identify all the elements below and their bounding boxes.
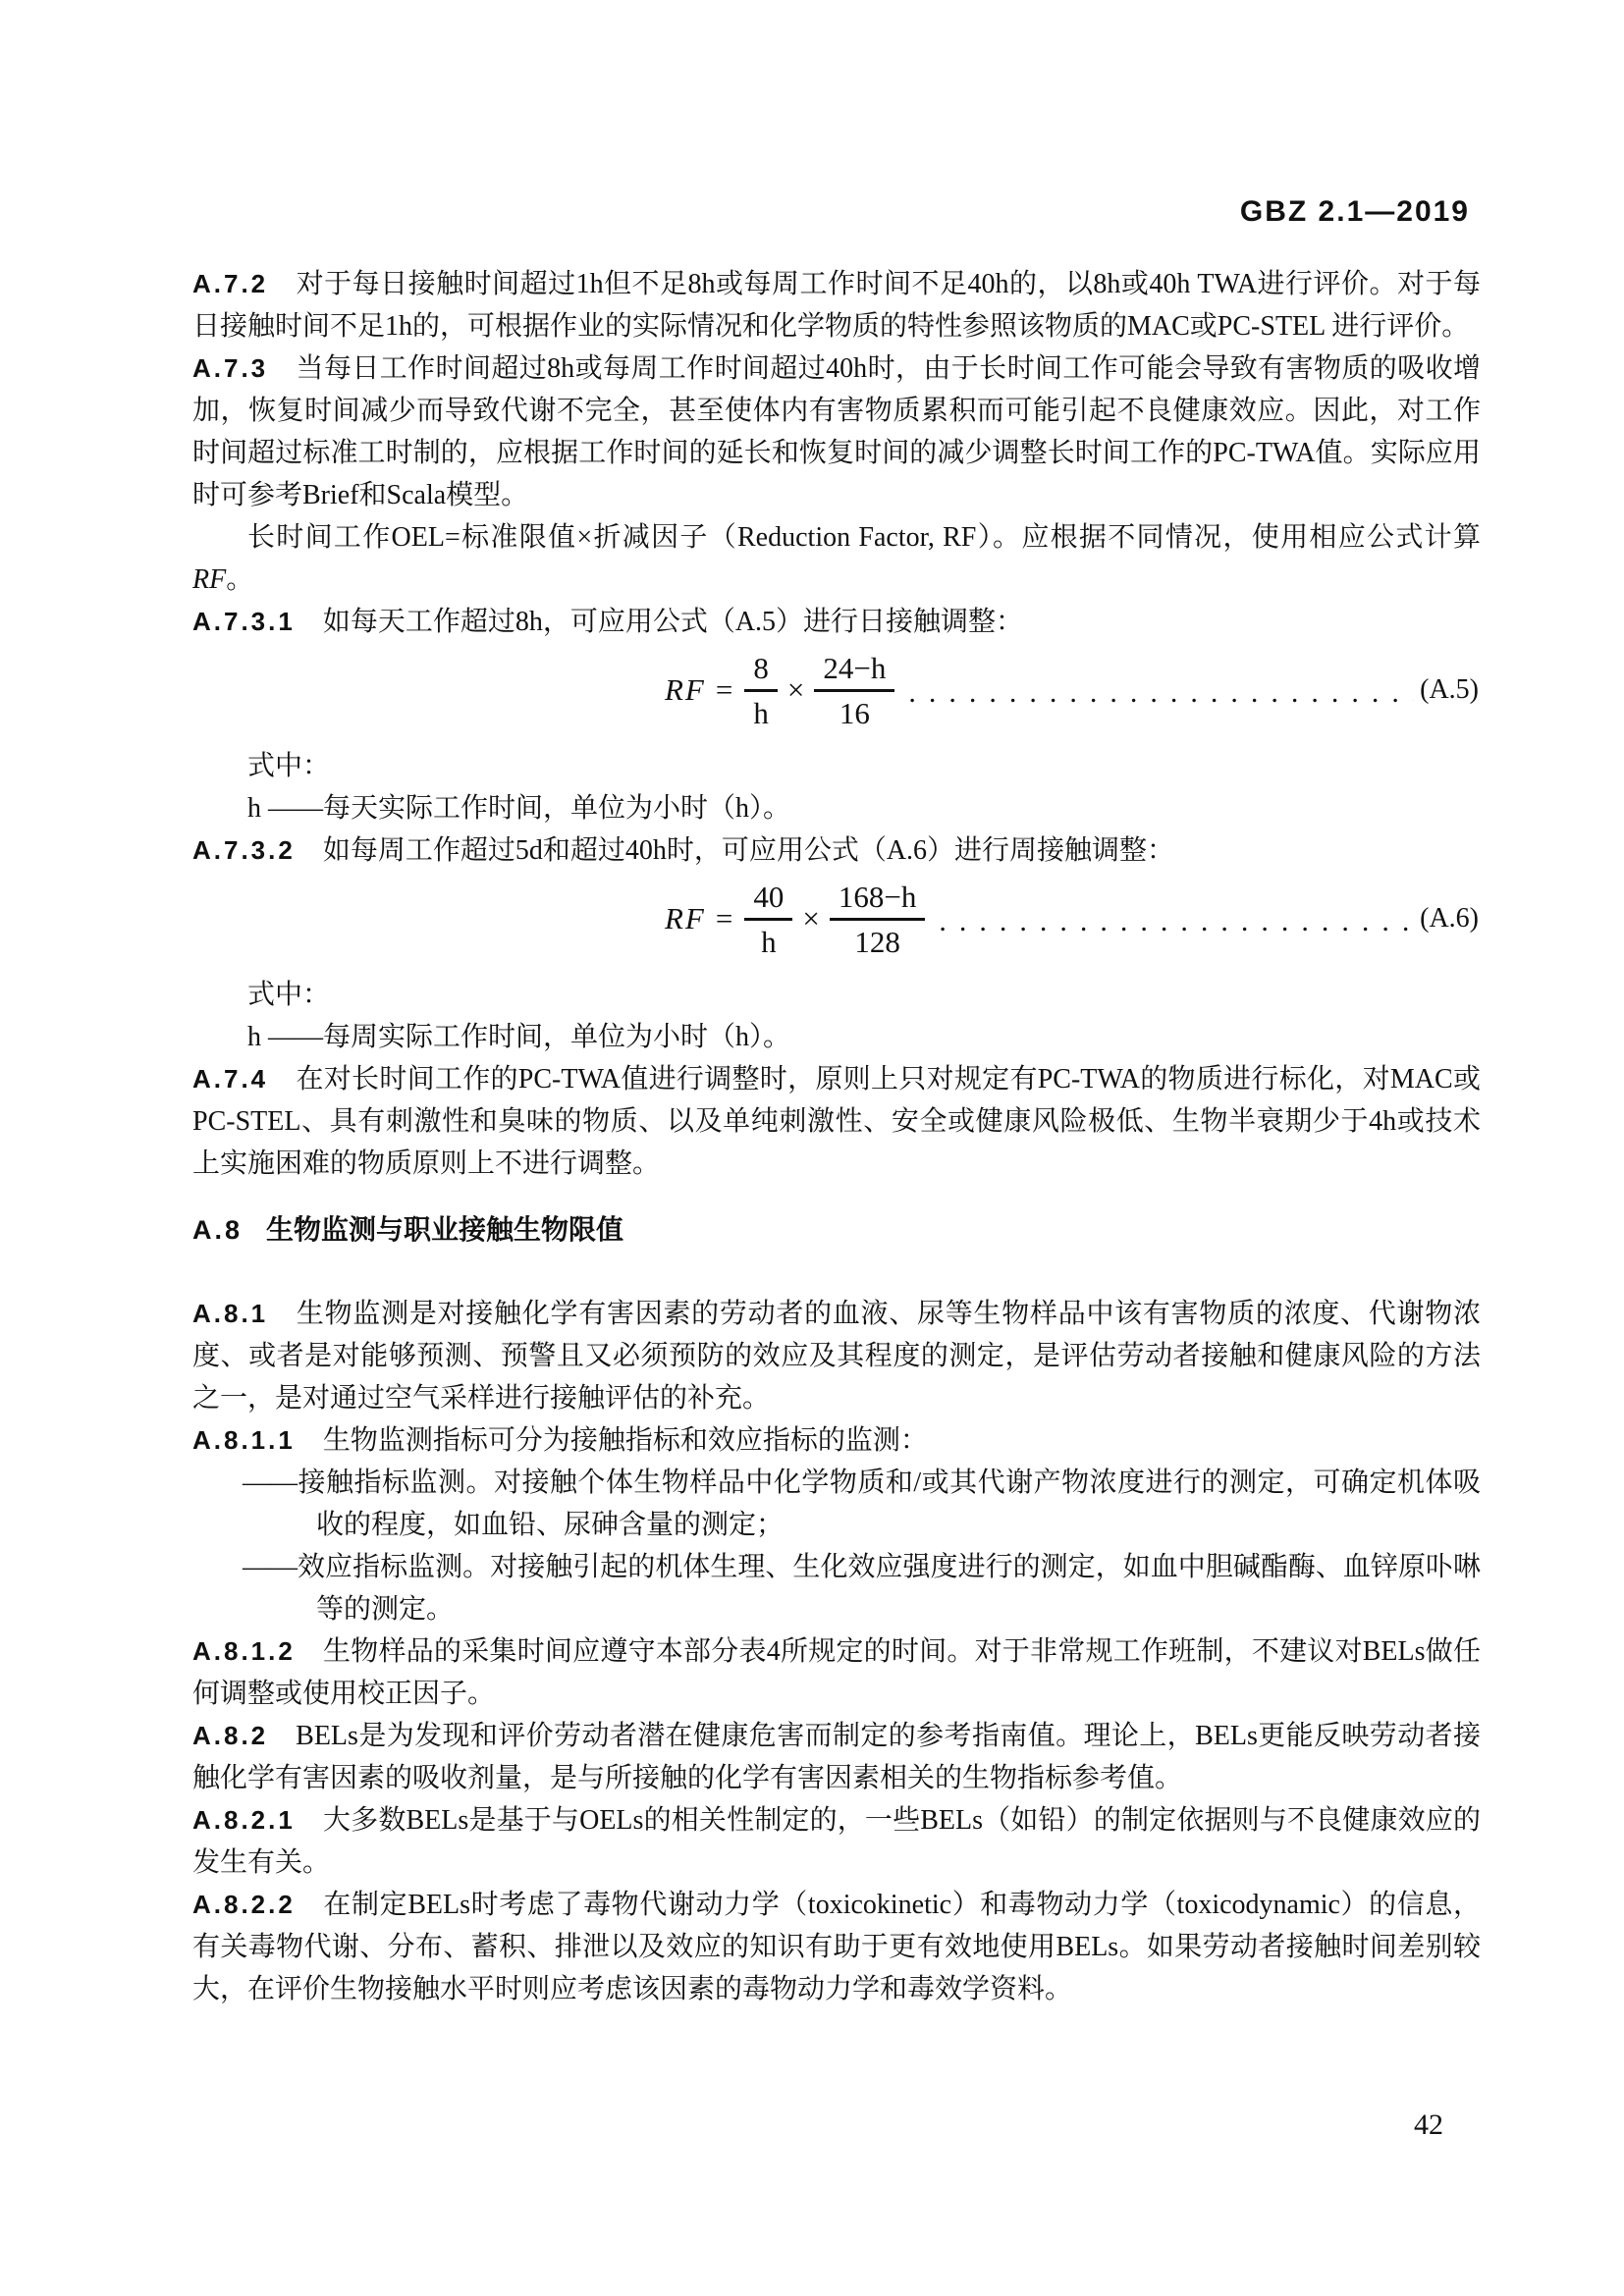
clause-number: A.7.2 [192,269,268,298]
document-code-header: GBZ 2.1—2019 [0,190,1470,233]
clause-number: A.8.1 [192,1299,268,1328]
clause-text: 对于每日接触时间超过1h但不足8h或每周工作时间不足40h的，以8h或40h T… [192,269,1481,342]
formula-number-label: (A.5) [1420,674,1481,706]
clause-number: A.8.1.1 [192,1425,296,1455]
clause-text: 当每日工作时间超过8h或每周工作时间超过40h时，由于长时间工作可能会导致有害物… [192,353,1481,510]
formula-variable-rf: RF [665,672,706,708]
clause-number: A.7.3 [192,353,268,383]
numerator: 24−h [814,650,894,692]
clause-number: A.8.2.2 [192,1890,296,1919]
clause-a811: A.8.1.1生物监测指标可分为接触指标和效应指标的监测： [192,1419,1481,1462]
formula-a5: RF = 8h × 24−h16 .......................… [192,649,1481,731]
oel-text: 长时间工作OEL=标准限值×折减因子（Reduction Factor, RF）… [247,522,1481,553]
clause-a732: A.7.3.2如每周工作超过5d和超过40h时，可应用公式（A.6）进行周接触调… [192,829,1481,872]
denominator: 16 [839,692,870,731]
clause-number: A.8.2 [192,1721,268,1750]
oel-text-end: 。 [226,564,253,595]
clause-number: A.7.4 [192,1064,268,1094]
clause-number: A.7.3.2 [192,835,296,865]
variable-h-definition-weekly: h ——每周实际工作时间，单位为小时（h）。 [192,1016,1481,1058]
dot-leader: ........................................… [939,905,1414,938]
rf-symbol: RF [192,564,226,595]
numerator: 40 [744,879,792,921]
clause-a731: A.7.3.1如每天工作超过8h，可应用公式（A.5）进行日接触调整： [192,601,1481,643]
formula-legend-intro: 式中： [192,745,1481,787]
dash-list-item-exposure-index: ——接触指标监测。对接触个体生物样品中化学物质和/或其代谢产物浓度进行的测定，可… [192,1462,1481,1546]
clause-a73: A.7.3当每日工作时间超过8h或每周工作时间超过40h时，由于长时间工作可能会… [192,347,1481,516]
clause-a72: A.7.2对于每日接触时间超过1h但不足8h或每周工作时间不足40h的，以8h或… [192,263,1481,347]
denominator: 128 [854,921,900,960]
formula-variable-rf: RF [665,901,706,936]
times-sign: × [787,672,804,708]
numerator: 168−h [830,879,925,921]
clause-number: A.7.3.1 [192,607,296,636]
formula-a6: RF = 40h × 168−h128 ....................… [192,878,1481,960]
clause-text: 在对长时间工作的PC-TWA值进行调整时，原则上只对规定有PC-TWA的物质进行… [192,1064,1481,1179]
times-sign: × [802,901,819,936]
clause-text: 生物监测是对接触化学有害因素的劳动者的血液、尿等生物样品中该有害物质的浓度、代谢… [192,1299,1481,1414]
section-title: 生物监测与职业接触生物限值 [266,1214,623,1245]
clause-a81: A.8.1生物监测是对接触化学有害因素的劳动者的血液、尿等生物样品中该有害物质的… [192,1293,1481,1419]
clause-a82: A.8.2BELs是为发现和评价劳动者潜在健康危害而制定的参考指南值。理论上，B… [192,1715,1481,1799]
denominator: h [761,921,777,960]
equals-sign: = [716,901,732,936]
clause-text: 如每天工作超过8h，可应用公式（A.5）进行日接触调整： [323,607,1023,637]
fraction-40-over-h: 40h [744,879,792,960]
dot-leader: ........................................… [908,676,1414,710]
clause-a812: A.8.1.2生物样品的采集时间应遵守本部分表4所规定的时间。对于非常规工作班制… [192,1630,1481,1715]
fraction-24-minus-h-over-16: 24−h16 [814,650,894,731]
denominator: h [753,692,769,731]
page-number: 42 [1414,2104,1443,2146]
document-page: GBZ 2.1—2019 A.7.2对于每日接触时间超过1h但不足8h或每周工作… [0,0,1624,2296]
clause-text: 大多数BELs是基于与OELs的相关性制定的，一些BELs（如铅）的制定依据则与… [192,1805,1481,1878]
equals-sign: = [716,672,732,708]
formula-legend-intro: 式中： [192,974,1481,1016]
clause-a822: A.8.2.2在制定BELs时考虑了毒物代谢动力学（toxicokinetic）… [192,1884,1481,2010]
fraction-168-minus-h-over-128: 168−h128 [830,879,925,960]
clause-text: 生物监测指标可分为接触指标和效应指标的监测： [323,1425,928,1456]
clause-a74: A.7.4在对长时间工作的PC-TWA值进行调整时，原则上只对规定有PC-TWA… [192,1058,1481,1185]
dash-list-item-effect-index: ——效应指标监测。对接触引起的机体生理、生化效应强度进行的测定，如血中胆碱酯酶、… [192,1546,1481,1630]
section-number: A.8 [192,1215,243,1245]
document-body: A.7.2对于每日接触时间超过1h但不足8h或每周工作时间不足40h的，以8h或… [192,263,1481,2010]
numerator: 8 [744,650,778,692]
fraction-8-over-h: 8h [744,650,778,731]
clause-a821: A.8.2.1大多数BELs是基于与OELs的相关性制定的，一些BELs（如铅）… [192,1799,1481,1884]
clause-text: 生物样品的采集时间应遵守本部分表4所规定的时间。对于非常规工作班制，不建议对BE… [192,1636,1481,1709]
formula-number-label: (A.6) [1420,903,1481,934]
variable-h-definition-daily: h ——每天实际工作时间，单位为小时（h）。 [192,787,1481,829]
clause-number: A.8.1.2 [192,1636,296,1666]
section-heading-a8: A.8生物监测与职业接触生物限值 [192,1208,1481,1252]
clause-number: A.8.2.1 [192,1805,296,1835]
clause-text: BELs是为发现和评价劳动者潜在健康危害而制定的参考指南值。理论上，BELs更能… [192,1721,1481,1793]
clause-text: 如每周工作超过5d和超过40h时，可应用公式（A.6）进行周接触调整： [323,835,1174,866]
clause-text: 在制定BELs时考虑了毒物代谢动力学（toxicokinetic）和毒物动力学（… [192,1890,1481,2004]
oel-definition-paragraph: 长时间工作OEL=标准限值×折减因子（Reduction Factor, RF）… [192,516,1481,601]
